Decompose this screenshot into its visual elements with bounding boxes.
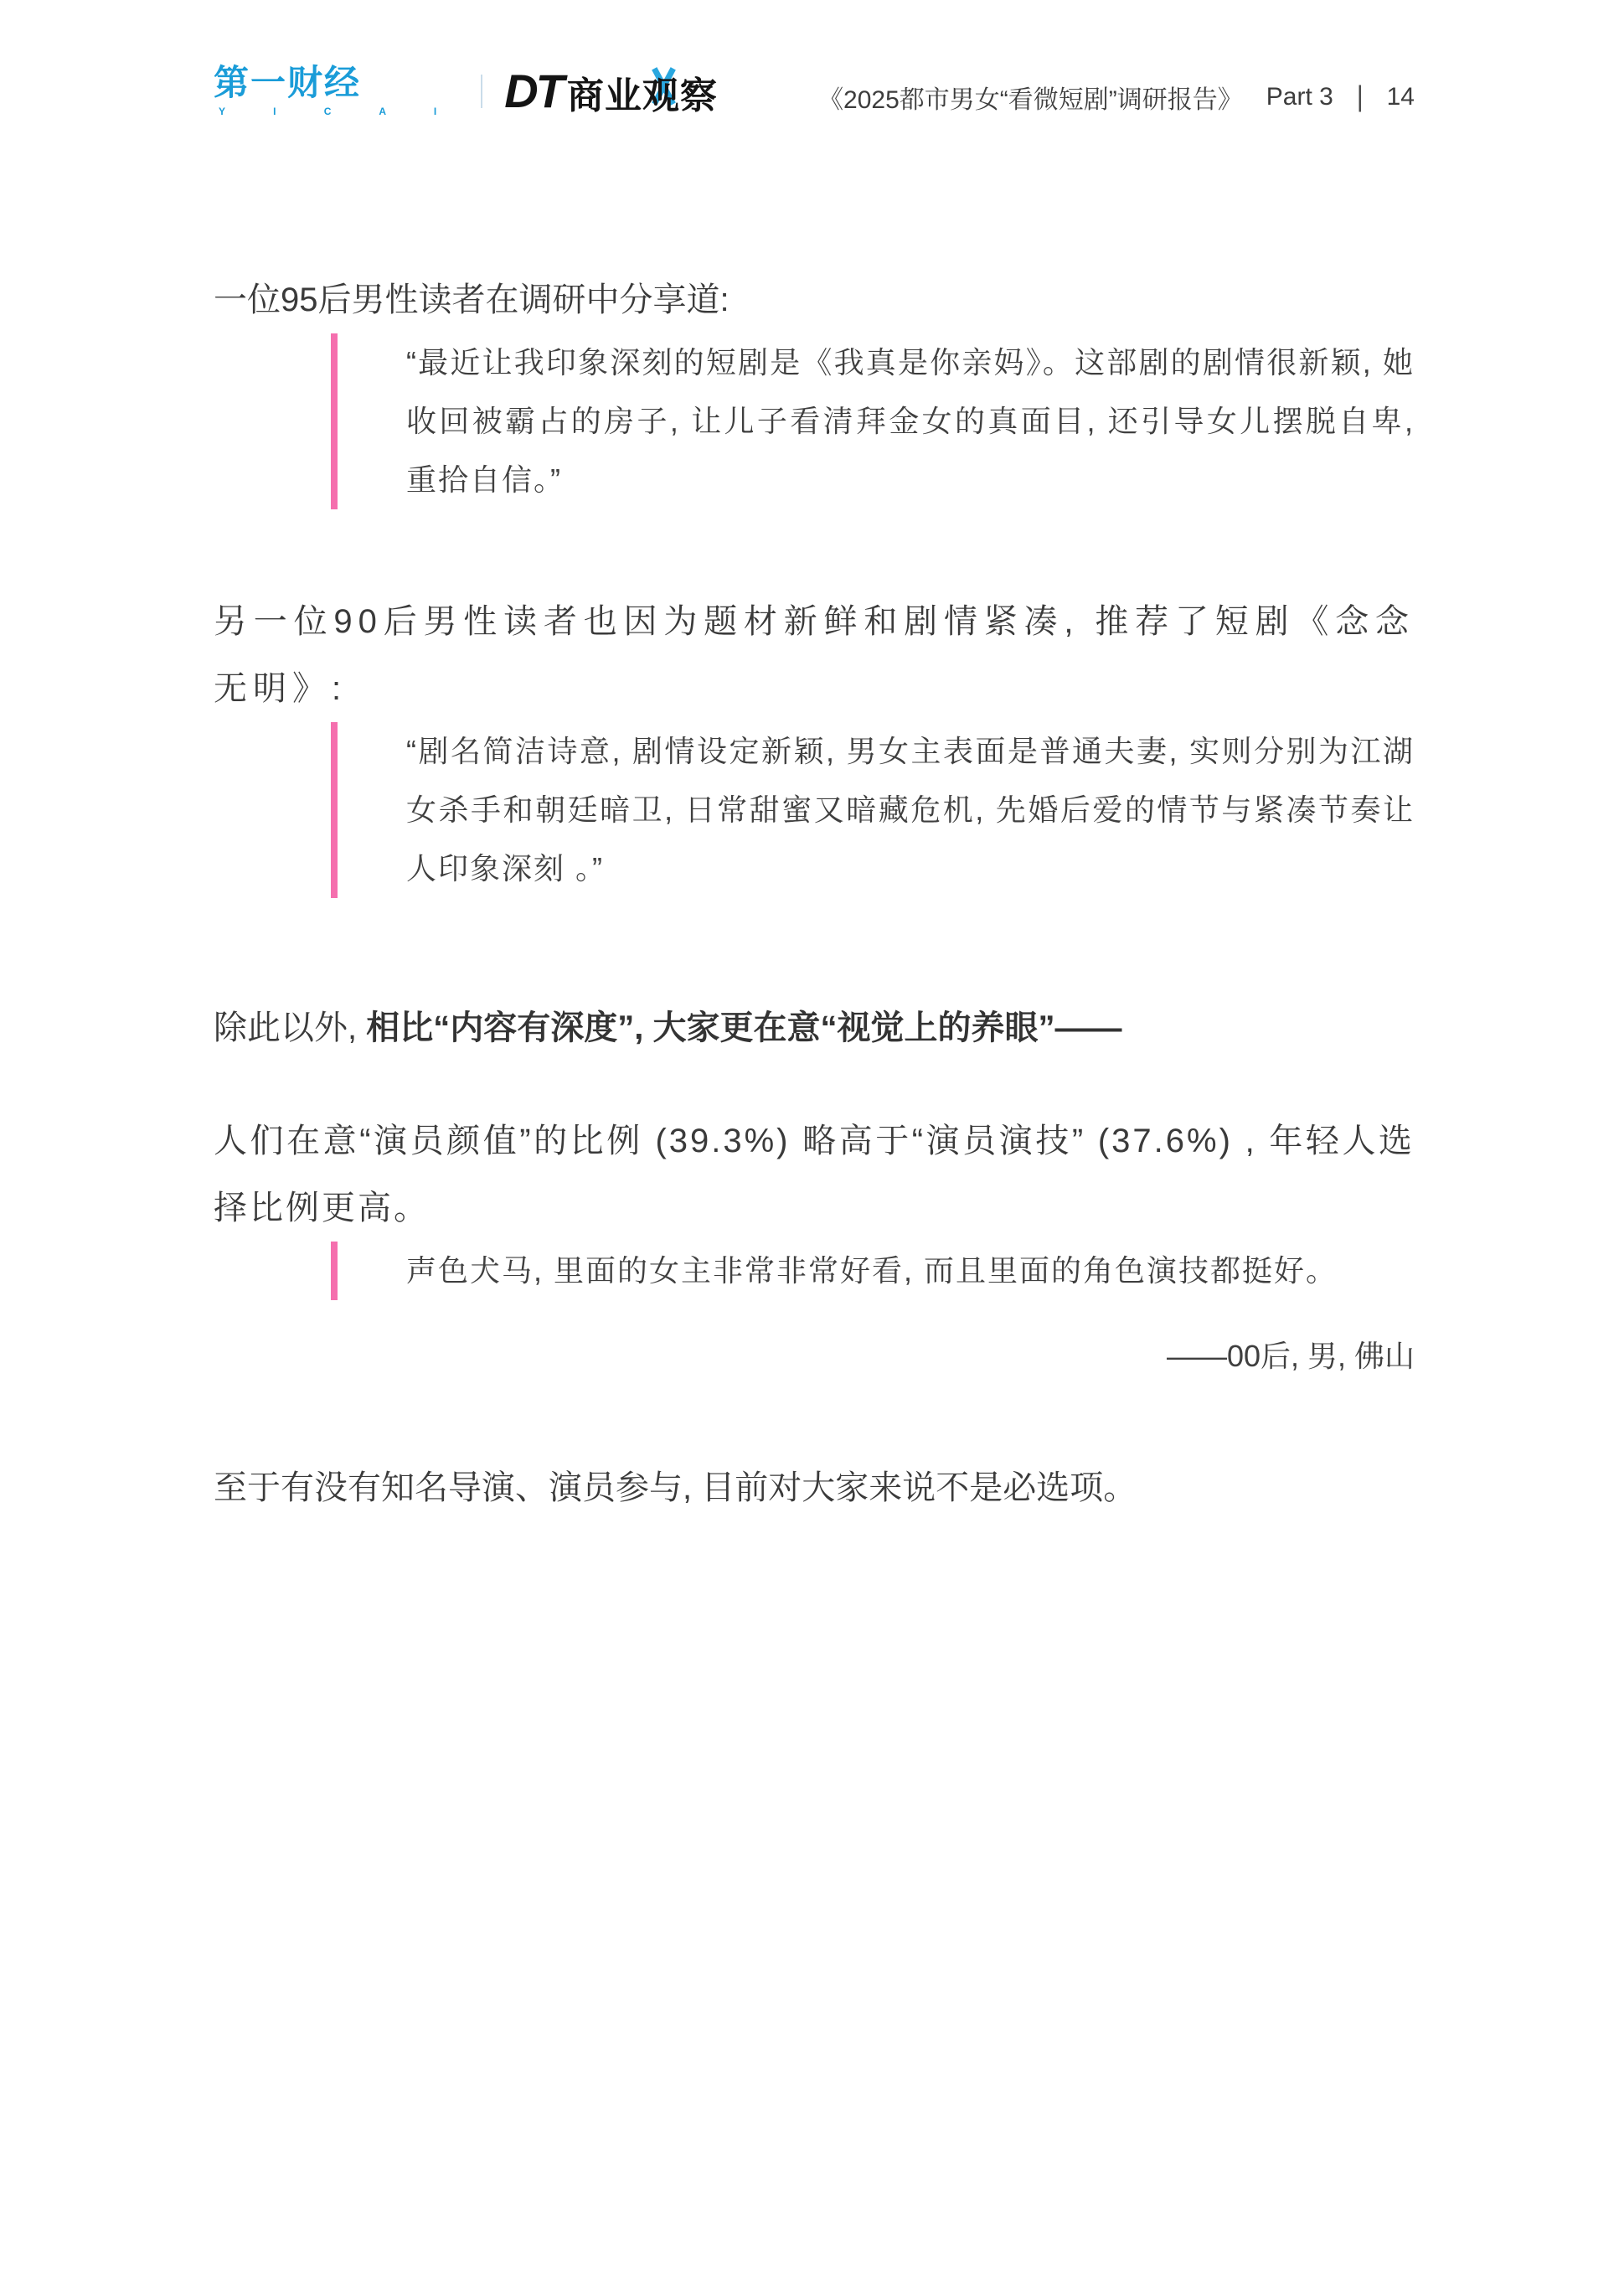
quote-attribution: ——00后, 男, 佛山 (214, 1323, 1415, 1390)
page-header: 第一财经 Y I C A I DT 商业观察 《2025都市男女“看微短剧”调研… (214, 65, 1415, 119)
emphasis-bold-text: 相比“内容有深度”, 大家更在意“视觉上的养眼”—— (366, 1009, 1121, 1046)
report-page: 第一财经 Y I C A I DT 商业观察 《2025都市男女“看微短剧”调研… (0, 0, 1624, 2282)
quote-niannian-wuming: “剧名简洁诗意, 剧情设定新颖, 男女主表面是普通夫妻, 实则分别为江湖女杀手和… (331, 722, 1415, 898)
header-meta: 《2025都市男女“看微短剧”调研报告》 Part 3 | 14 (818, 65, 1415, 116)
emphasis-lead-text: 除此以外, (214, 1009, 366, 1046)
yicai-logo-icon: 第一财经 Y I C A I (214, 65, 459, 116)
dt-logo-mark: DT (504, 68, 562, 115)
part-label: Part 3 (1266, 83, 1333, 111)
dt-logo-icon: DT 商业观察 (504, 68, 718, 115)
report-title: 《2025都市男女“看微短剧”调研报告》 (818, 79, 1243, 116)
logo-divider (481, 75, 482, 108)
header-divider: | (1357, 80, 1364, 113)
quote-wozhenshi-niqinma: “最近让我印象深刻的短剧是《我真是你亲妈》。这部剧的剧情很新颖, 她收回被霸占的… (331, 333, 1415, 509)
page-content: 一位95后男性读者在调研中分享道: “最近让我印象深刻的短剧是《我真是你亲妈》。… (214, 266, 1415, 1521)
yicai-logo-subtext: Y I C A I (214, 106, 459, 116)
paragraph-90hou-recommend: 另一位90后男性读者也因为题材新鲜和剧情紧凑, 推荐了短剧《念念无明》: (214, 588, 1415, 722)
page-number: 14 (1387, 83, 1415, 111)
header-logos: 第一财经 Y I C A I DT 商业观察 (214, 65, 718, 116)
paragraph-intro-95hou: 一位95后男性读者在调研中分享道: (214, 266, 1415, 333)
paragraph-visual-emphasis: 除此以外, 相比“内容有深度”, 大家更在意“视觉上的养眼”—— (214, 994, 1415, 1061)
yicai-logo-text: 第一财经 (214, 65, 459, 101)
paragraph-percentages: 人们在意“演员颜值”的比例 (39.3%) 略高于“演员演技” (37.6%) … (214, 1107, 1415, 1242)
quote-shengse-quanma: 声色犬马, 里面的女主非常非常好看, 而且里面的角色演技都挺好。 (331, 1242, 1415, 1300)
dt-logo-text: 商业观察 (567, 78, 718, 115)
paragraph-directors: 至于有没有知名导演、演员参与, 目前对大家来说不是必选项。 (214, 1454, 1415, 1521)
